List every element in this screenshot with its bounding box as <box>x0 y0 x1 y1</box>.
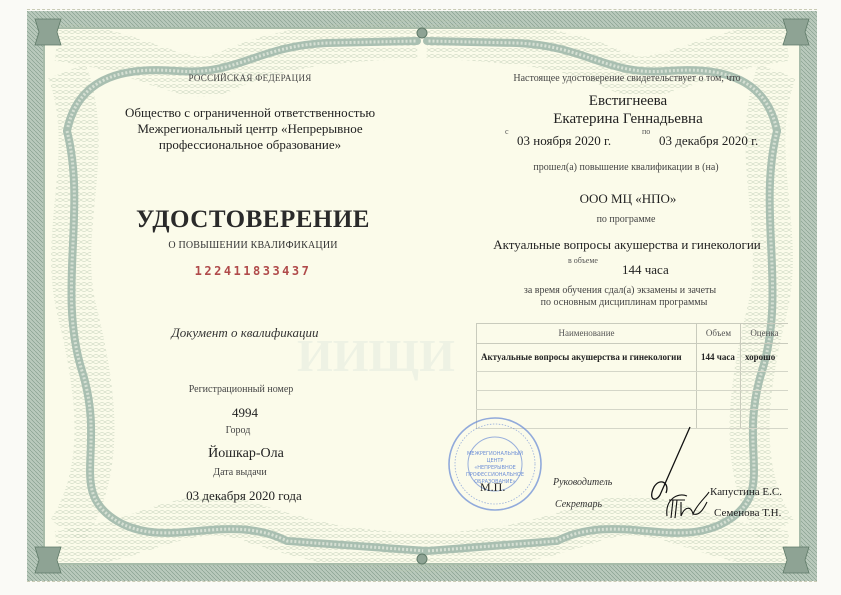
city: Йошкар-Ола <box>208 446 284 462</box>
to-label: по <box>642 127 650 136</box>
secretary-name: Семенова Т.Н. <box>714 507 781 519</box>
exams-line-1: за время обучения сдал(а) экзамены и зач… <box>524 285 716 296</box>
given-names: Екатерина Геннадьевна <box>553 111 702 128</box>
to-date: 03 декабря 2020 г. <box>659 133 758 149</box>
passed-text: прошел(а) повышение квалификации в (на) <box>533 162 718 173</box>
header-name: Наименование <box>477 324 697 343</box>
organization-name: Общество с ограниченной ответственностью… <box>125 105 375 153</box>
country-label: РОССИЙСКАЯ ФЕДЕРАЦИЯ <box>188 73 311 83</box>
svg-text:ИИЩИ: ИИЩИ <box>297 330 455 381</box>
org-line-3: профессиональное образование» <box>125 137 375 153</box>
issue-date: 03 декабря 2020 года <box>186 488 302 504</box>
table-row: Актуальные вопросы акушерства и гинеколо… <box>477 343 789 371</box>
cell-grade: хорошо <box>741 343 789 371</box>
secretary-signature <box>663 488 711 522</box>
table-row <box>477 390 789 409</box>
volume-label: в объеме <box>568 256 598 265</box>
cell-volume: 144 часа <box>697 343 741 371</box>
scan-edge-top <box>27 9 817 10</box>
surname: Евстигнеева <box>589 93 667 110</box>
header-grade: Оценка <box>741 324 789 343</box>
serial-number: 122411833437 <box>195 264 312 278</box>
volume: 144 часа <box>622 262 669 278</box>
from-date: 03 ноября 2020 г. <box>517 133 611 149</box>
svg-text:МЕЖРЕГИОНАЛЬНЫЙ: МЕЖРЕГИОНАЛЬНЫЙ <box>467 450 523 457</box>
scan-edge-bottom <box>27 581 817 582</box>
city-label: Город <box>226 425 251 436</box>
organization-seal: МЕЖРЕГИОНАЛЬНЫЙ ЦЕНТР «НЕПРЕРЫВНОЕ ПРОФЕ… <box>440 414 550 514</box>
certificate-title: УДОСТОВЕРЕНИЕ <box>136 206 370 234</box>
registration-number-label: Регистрационный номер <box>189 384 294 395</box>
registration-number: 4994 <box>232 405 258 421</box>
svg-text:ЦЕНТР: ЦЕНТР <box>487 458 504 464</box>
issue-date-label: Дата выдачи <box>213 467 266 478</box>
svg-text:«НЕПРЕРЫВНОЕ: «НЕПРЕРЫВНОЕ <box>474 465 516 471</box>
table-row <box>477 371 789 390</box>
svg-text:ПРОФЕССИОНАЛЬНОЕ: ПРОФЕССИОНАЛЬНОЕ <box>466 472 524 478</box>
institution: ООО МЦ «НПО» <box>580 191 677 207</box>
intro-text: Настоящее удостоверение свидетельствует … <box>513 73 740 84</box>
exams-line-2: по основным дисциплинам программы <box>541 297 708 308</box>
stamp-label: М.П. <box>480 480 505 495</box>
org-line-2: Межрегиональный центр «Непрерывное <box>125 121 375 137</box>
cell-subject: Актуальные вопросы акушерства и гинеколо… <box>477 343 697 371</box>
org-line-1: Общество с ограниченной ответственностью <box>125 105 375 121</box>
program-name: Актуальные вопросы акушерства и гинеколо… <box>493 237 761 253</box>
head-label: Руководитель <box>553 477 612 488</box>
secretary-label: Секретарь <box>555 499 602 510</box>
certificate-subtitle: О ПОВЫШЕНИИ КВАЛИФИКАЦИИ <box>168 240 337 251</box>
program-label: по программе <box>597 214 656 225</box>
header-volume: Объем <box>697 324 741 343</box>
head-name: Капустина Е.С. <box>710 486 782 498</box>
document-type: Документ о квалификации <box>172 325 319 341</box>
from-label: с <box>505 127 509 136</box>
